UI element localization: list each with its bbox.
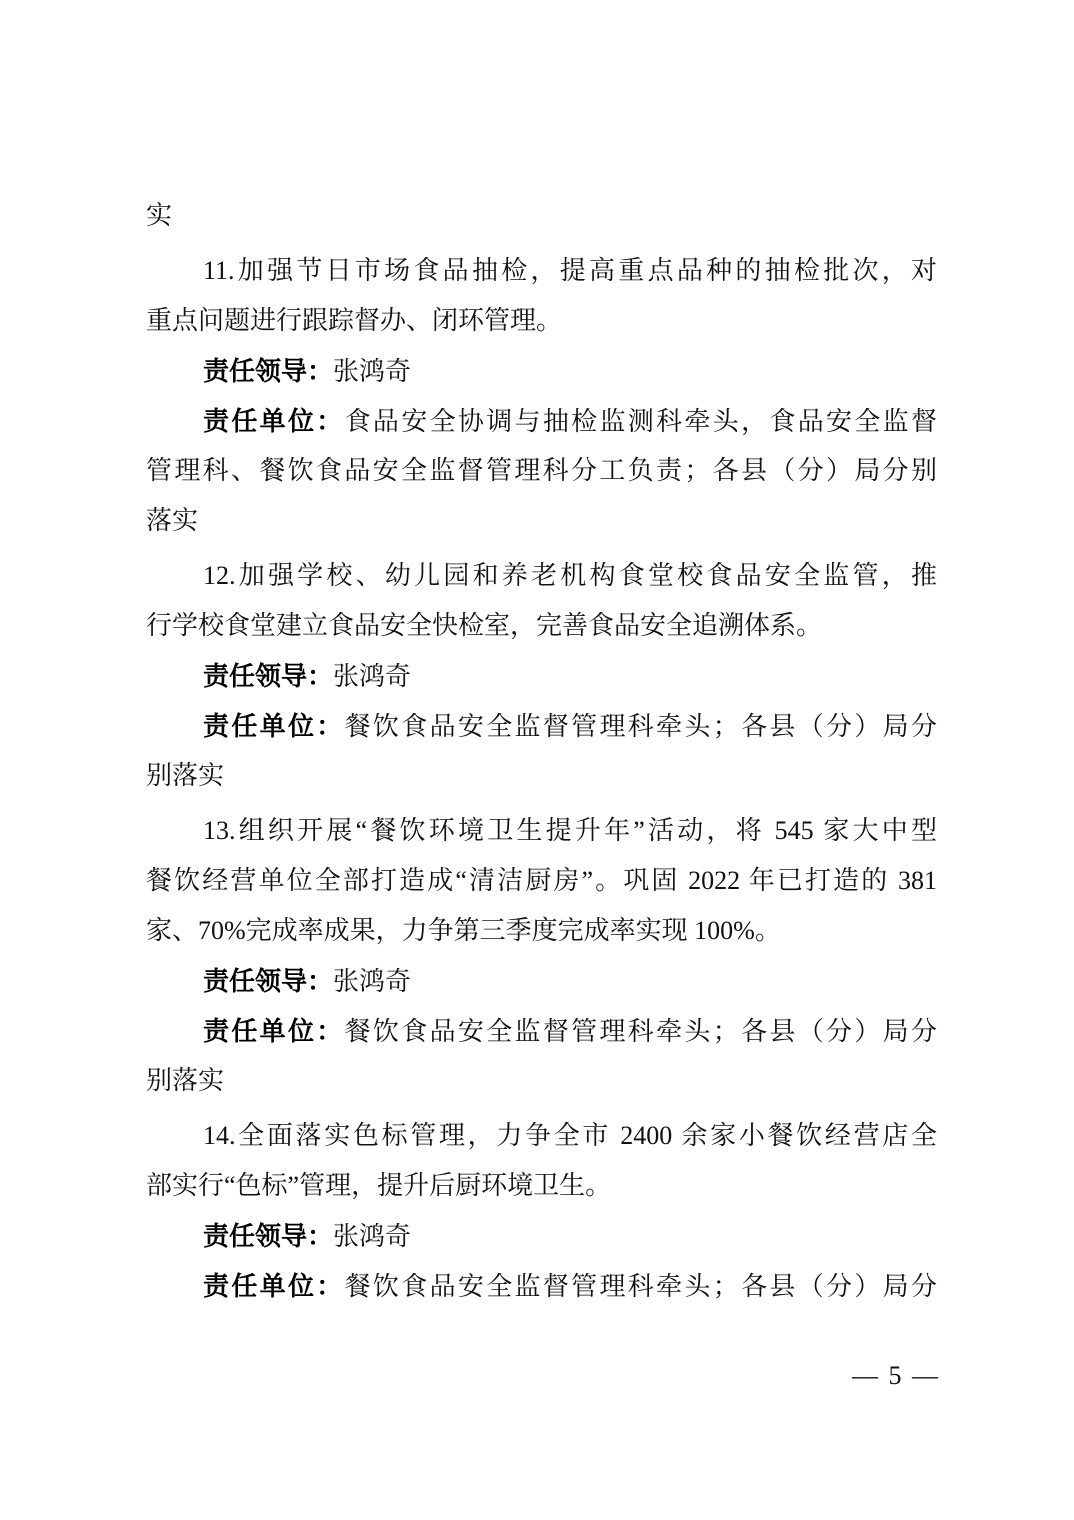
line-text: 餐饮食品安全监督管理科牵头；各县（分）局分 — [345, 1272, 937, 1301]
line-text: 张鸿奇 — [333, 967, 411, 996]
line-text: 14.全面落实色标管理，力争全市 2400 余家小餐饮经营店全 — [203, 1121, 937, 1150]
text-line: 责任单位：餐饮食品安全监督管理科牵头；各县（分）局分 — [146, 1006, 937, 1056]
text-line: 责任单位：食品安全协调与抽检监测科牵头，食品安全监督 — [146, 396, 937, 446]
text-line: 家、70%完成率成果，力争第三季度完成率实现 100%。 — [146, 906, 937, 956]
line-label: 责任单位： — [203, 406, 345, 436]
text-line: 落实 — [146, 496, 937, 546]
document-body: 实 11.加强节日市场食品抽检，提高重点品种的抽检批次，对 重点问题进行跟踪督办… — [146, 191, 937, 1311]
text-line: 行学校食堂建立食品安全快检室，完善食品安全追溯体系。 — [146, 601, 937, 651]
text-line: 13.组织开展“餐饮环境卫生提升年”活动，将 545 家大中型 — [146, 806, 937, 856]
line-label: 责任领导： — [203, 661, 333, 691]
line-text: 13.组织开展“餐饮环境卫生提升年”活动，将 545 家大中型 — [203, 816, 937, 845]
line-text: 餐饮食品安全监督管理科牵头；各县（分）局分 — [345, 1017, 937, 1046]
line-text: 落实 — [146, 506, 198, 535]
line-text: 重点问题进行跟踪督办、闭环管理。 — [146, 306, 562, 335]
page-number: — 5 — — [852, 1356, 940, 1396]
line-text: 张鸿奇 — [333, 662, 411, 691]
line-text: 餐饮食品安全监督管理科牵头；各县（分）局分 — [345, 712, 937, 741]
text-line: 责任领导：张鸿奇 — [146, 1211, 937, 1261]
document-page: 实 11.加强节日市场食品抽检，提高重点品种的抽检批次，对 重点问题进行跟踪督办… — [0, 0, 1074, 1520]
text-line: 14.全面落实色标管理，力争全市 2400 余家小餐饮经营店全 — [146, 1111, 937, 1161]
text-line: 责任单位：餐饮食品安全监督管理科牵头；各县（分）局分 — [146, 701, 937, 751]
line-text: 11.加强节日市场食品抽检，提高重点品种的抽检批次，对 — [203, 256, 937, 285]
line-label: 责任单位： — [203, 1016, 345, 1046]
line-text: 管理科、餐饮食品安全监督管理科分工负责；各县（分）局分别 — [146, 456, 937, 485]
text-line: 管理科、餐饮食品安全监督管理科分工负责；各县（分）局分别 — [146, 446, 937, 496]
line-text: 行学校食堂建立食品安全快检室，完善食品安全追溯体系。 — [146, 611, 822, 640]
line-text: 12.加强学校、幼儿园和养老机构食堂校食品安全监管，推 — [203, 561, 937, 590]
line-text: 部实行“色标”管理，提升后厨环境卫生。 — [146, 1171, 611, 1200]
line-text: 食品安全协调与抽检监测科牵头，食品安全监督 — [345, 407, 937, 436]
line-label: 责任单位： — [203, 1271, 345, 1301]
line-label: 责任领导： — [203, 1221, 333, 1251]
text-line: 责任领导：张鸿奇 — [146, 956, 937, 1006]
line-text: 张鸿奇 — [333, 1222, 411, 1251]
text-line: 责任领导：张鸿奇 — [146, 346, 937, 396]
text-line: 重点问题进行跟踪督办、闭环管理。 — [146, 296, 937, 346]
line-label: 责任领导： — [203, 966, 333, 996]
line-text: 张鸿奇 — [333, 357, 411, 386]
text-line: 实 — [146, 191, 937, 241]
text-line: 责任单位：餐饮食品安全监督管理科牵头；各县（分）局分 — [146, 1261, 937, 1311]
line-text: 别落实 — [146, 761, 224, 790]
line-text: 别落实 — [146, 1066, 224, 1095]
text-line: 别落实 — [146, 751, 937, 801]
line-text: 实 — [146, 201, 172, 230]
line-text: 家、70%完成率成果，力争第三季度完成率实现 100%。 — [146, 916, 781, 945]
line-text: 餐饮经营单位全部打造成“清洁厨房”。巩固 2022 年已打造的 381 — [146, 866, 937, 895]
line-label: 责任领导： — [203, 356, 333, 386]
text-line: 责任领导：张鸿奇 — [146, 651, 937, 701]
text-line: 餐饮经营单位全部打造成“清洁厨房”。巩固 2022 年已打造的 381 — [146, 856, 937, 906]
text-line: 12.加强学校、幼儿园和养老机构食堂校食品安全监管，推 — [146, 551, 937, 601]
text-line: 11.加强节日市场食品抽检，提高重点品种的抽检批次，对 — [146, 246, 937, 296]
text-line: 部实行“色标”管理，提升后厨环境卫生。 — [146, 1161, 937, 1211]
text-line: 别落实 — [146, 1056, 937, 1106]
line-label: 责任单位： — [203, 711, 345, 741]
